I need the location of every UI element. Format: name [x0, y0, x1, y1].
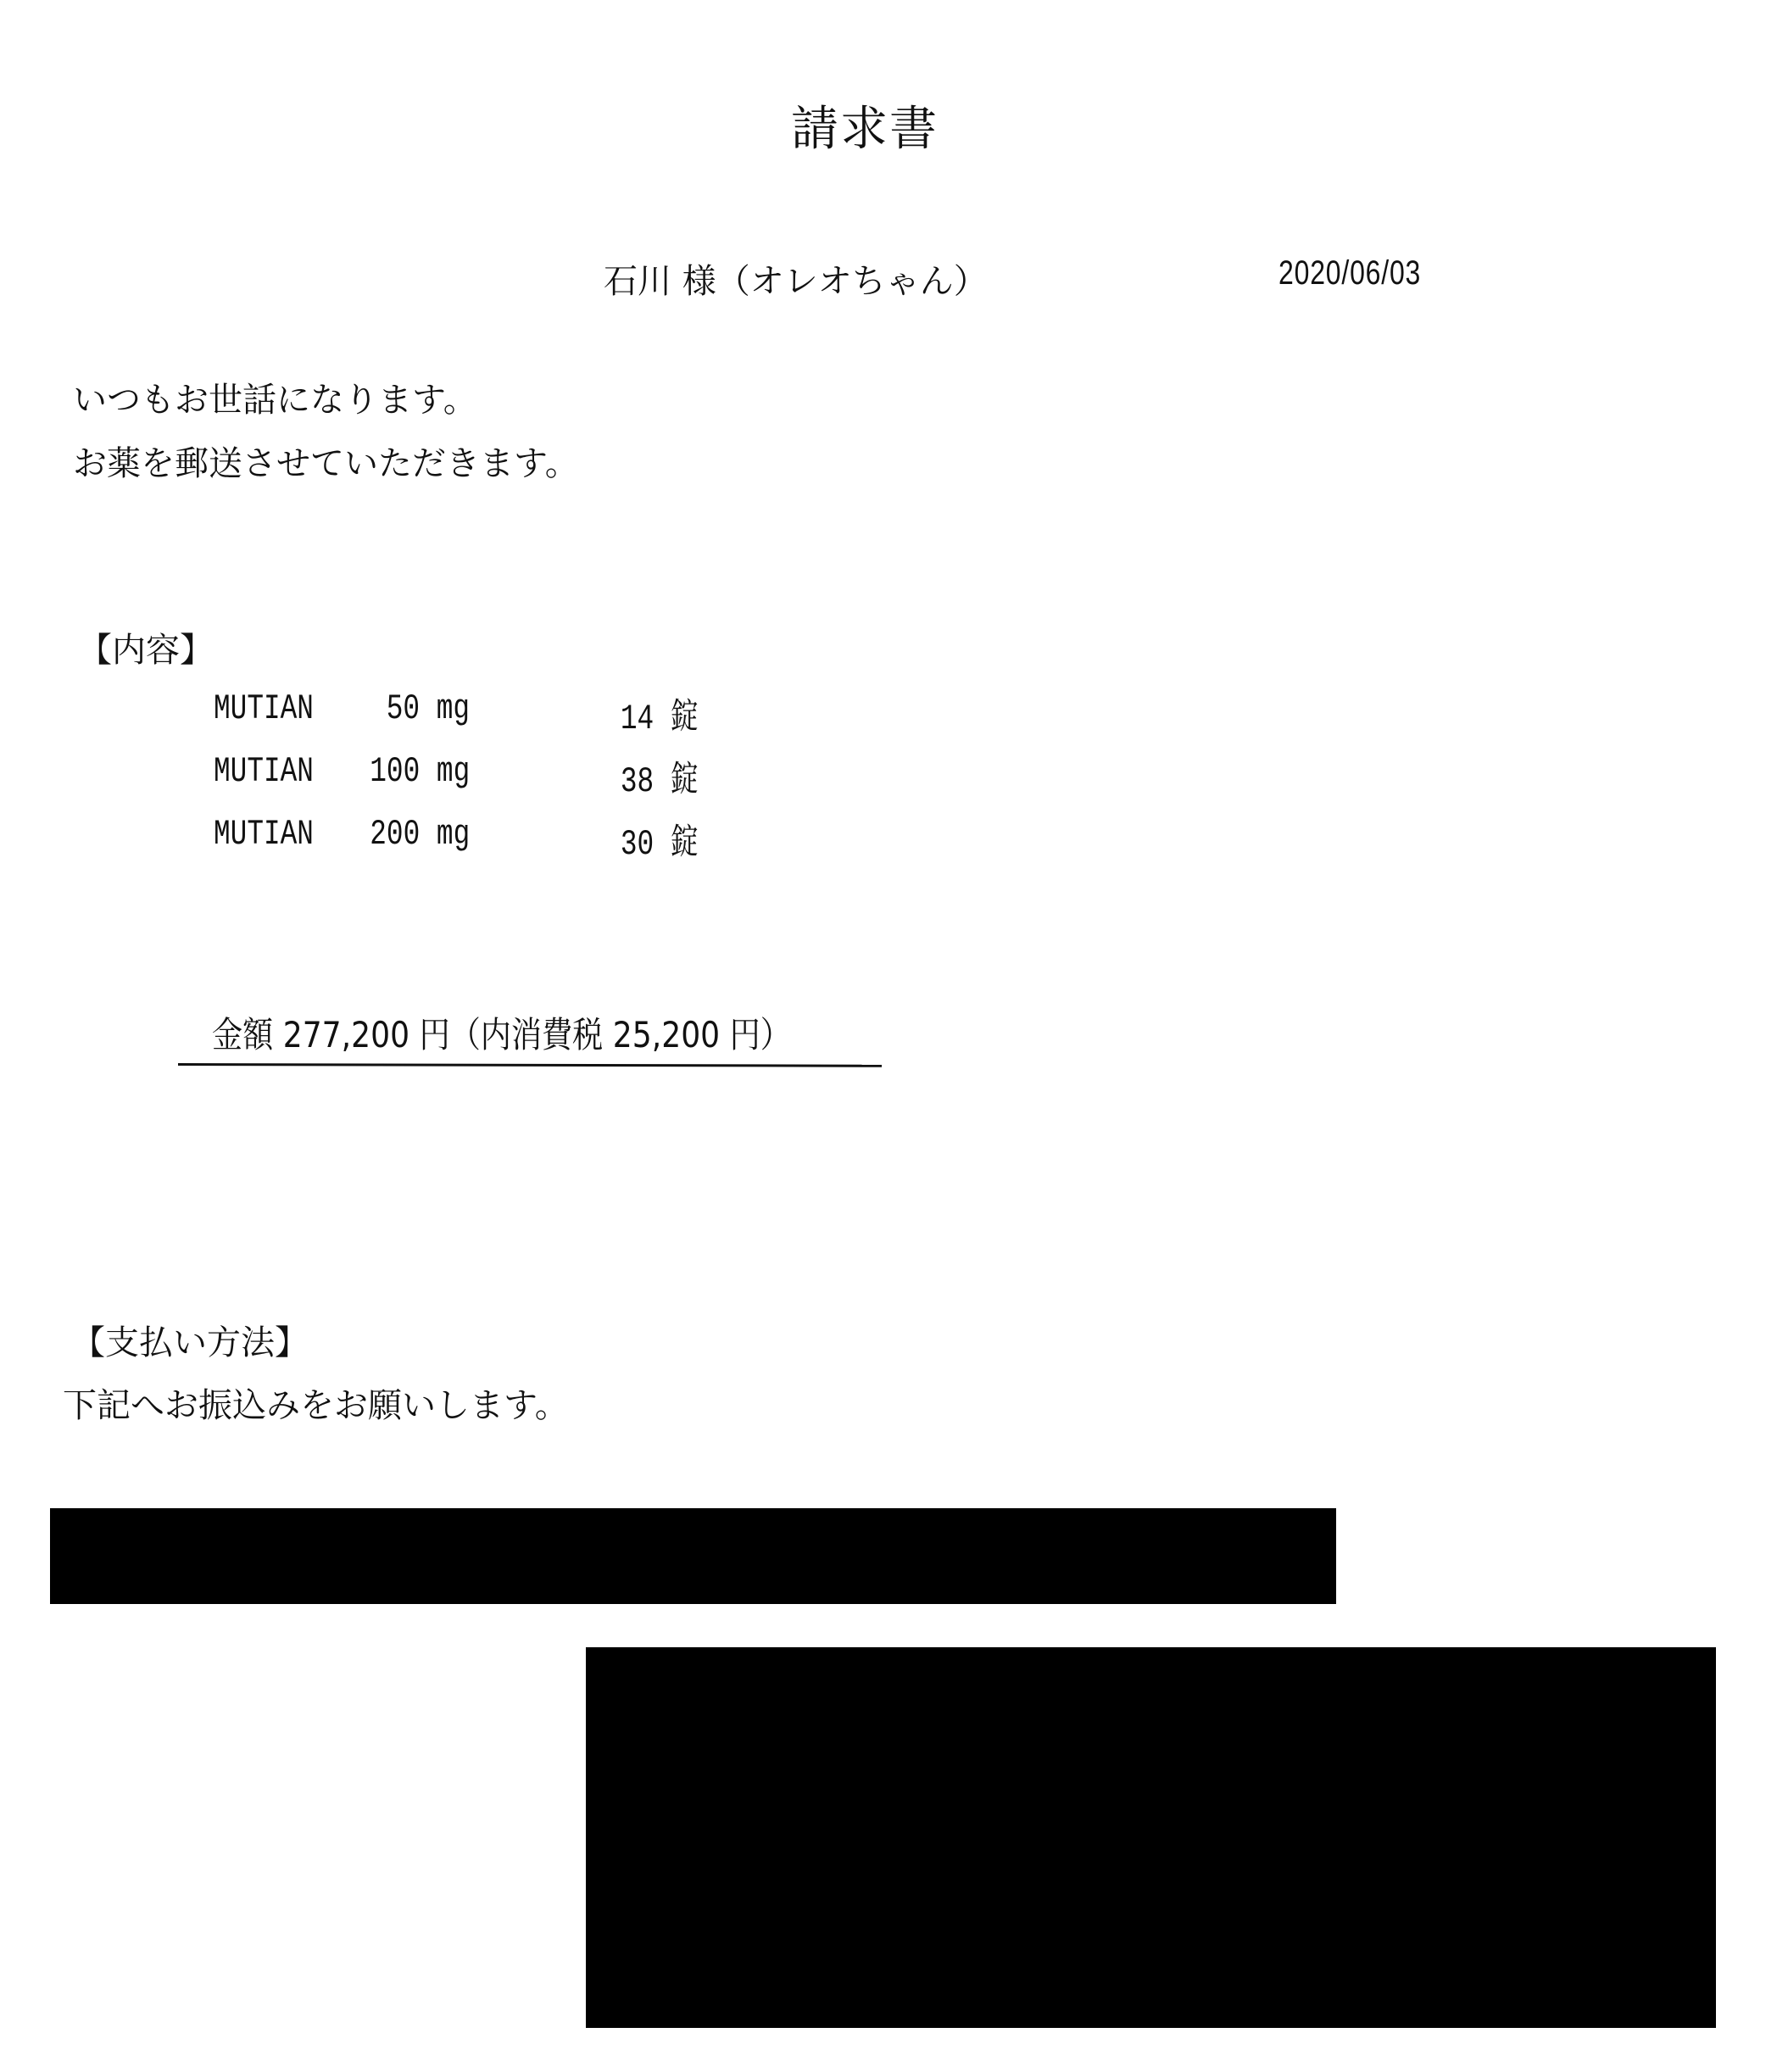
item-dose: 200 mg: [370, 814, 470, 855]
item-dose: 50 mg: [387, 688, 470, 729]
list-item: MUTIAN 200 mg 30 錠: [214, 814, 688, 877]
item-quantity: 38 錠: [621, 751, 699, 802]
item-dose: 100 mg: [370, 751, 470, 792]
contents-heading: 【内容】: [78, 623, 214, 671]
item-name: MUTIAN: [214, 814, 314, 855]
redaction-block-bank: [50, 1508, 1336, 1604]
total-amount: 金額 277,200 円（内消費税 25,200 円）: [212, 1007, 791, 1058]
greeting-line-2: お薬を郵送させていただきます。: [73, 437, 579, 485]
list-item: MUTIAN 100 mg 38 錠: [214, 751, 688, 814]
document-title: 請求書: [0, 92, 1730, 159]
recipient-name: 石川 様（オレオちゃん）: [604, 254, 988, 303]
item-quantity: 30 錠: [621, 814, 699, 865]
redaction-block-sender: [586, 1647, 1716, 2028]
invoice-date: 2020/06/03: [1278, 254, 1421, 292]
payment-heading: 【支払い方法】: [71, 1316, 309, 1364]
item-name: MUTIAN: [214, 751, 314, 792]
item-quantity: 14 錠: [621, 688, 699, 739]
item-name: MUTIAN: [214, 688, 314, 729]
amount-underline: [178, 1063, 882, 1067]
greeting-line-1: いつもお世話になります。: [73, 373, 477, 421]
list-item: MUTIAN 50 mg 14 錠: [214, 688, 688, 751]
item-list: MUTIAN 50 mg 14 錠 MUTIAN 100 mg 38 錠 MUT…: [214, 688, 688, 877]
payment-note: 下記へお振込みをお願いします。: [63, 1379, 569, 1427]
